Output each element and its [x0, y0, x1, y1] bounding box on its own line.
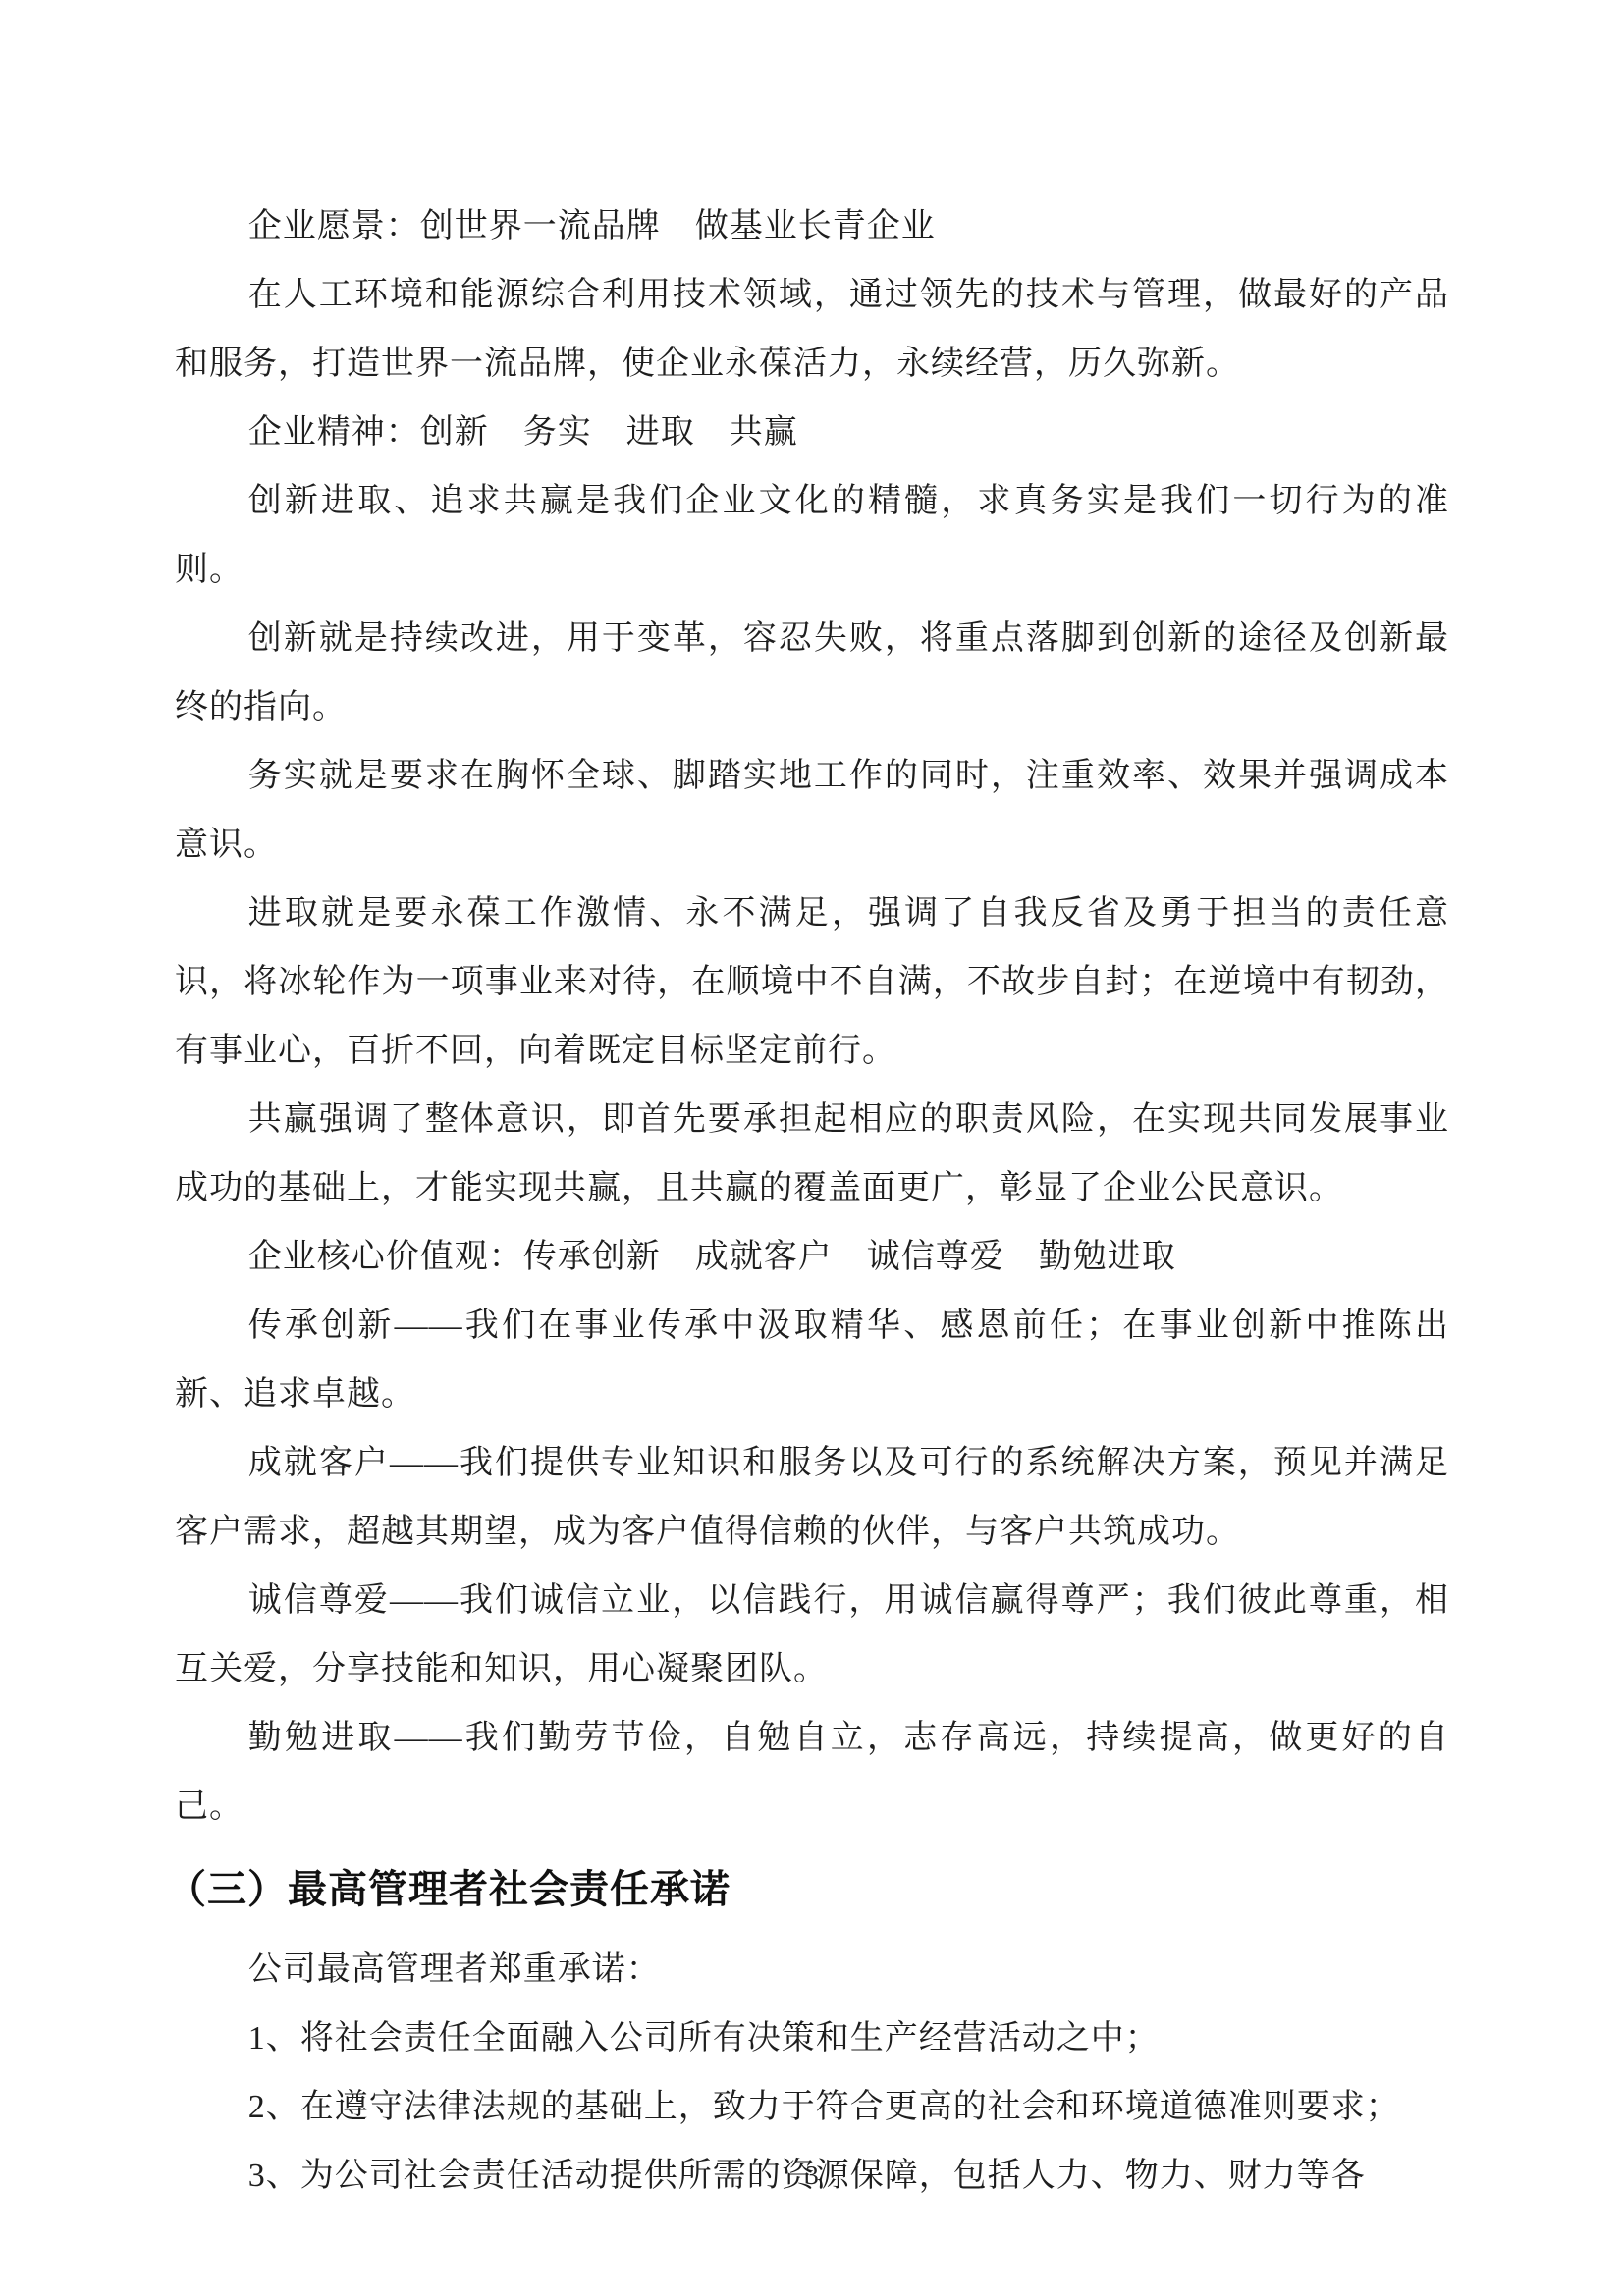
section-heading-commitment: （三）最高管理者社会责任承诺: [175, 1842, 1449, 1936]
paragraph-spirit-intro: 创新进取、追求共赢是我们企业文化的精髓，求真务实是我们一切行为的准则。: [175, 467, 1449, 605]
document-body: 企业愿景：创世界一流品牌 做基业长青企业在人工环境和能源综合利用技术领域，通过领…: [175, 192, 1449, 2211]
paragraph-vision: 企业愿景：创世界一流品牌 做基业长青企业: [175, 192, 1449, 261]
page-footer: 3: [0, 2156, 1624, 2195]
paragraph-core-values: 企业核心价值观：传承创新 成就客户 诚信尊爱 勤勉进取: [175, 1223, 1449, 1292]
paragraph-pragmatism: 务实就是要求在胸怀全球、脚踏实地工作的同时，注重效率、效果并强调成本意识。: [175, 742, 1449, 880]
paragraph-value-diligence: 勤勉进取——我们勤劳节俭，自勉自立，志存高远，持续提高，做更好的自己。: [175, 1704, 1449, 1842]
paragraph-commitment-item-2: 2、在遵守法律法规的基础上，致力于符合更高的社会和环境道德准则要求；: [175, 2073, 1449, 2142]
paragraph-vision-detail: 在人工环境和能源综合利用技术领域，通过领先的技术与管理，做最好的产品和服务，打造…: [175, 261, 1449, 399]
paragraph-commitment-item-1: 1、将社会责任全面融入公司所有决策和生产经营活动之中；: [175, 2004, 1449, 2073]
paragraph-value-customer: 成就客户——我们提供专业知识和服务以及可行的系统解决方案，预见并满足客户需求，超…: [175, 1429, 1449, 1567]
paragraph-win-win: 共赢强调了整体意识，即首先要承担起相应的职责风险，在实现共同发展事业成功的基础上…: [175, 1086, 1449, 1223]
paragraph-enterprising: 进取就是要永葆工作激情、永不满足，强调了自我反省及勇于担当的责任意识，将冰轮作为…: [175, 880, 1449, 1086]
paragraph-value-heritage: 传承创新——我们在事业传承中汲取精华、感恩前任；在事业创新中推陈出新、追求卓越。: [175, 1292, 1449, 1429]
paragraph-innovation: 创新就是持续改进，用于变革，容忍失败，将重点落脚到创新的途径及创新最终的指向。: [175, 605, 1449, 742]
paragraph-spirit: 企业精神：创新 务实 进取 共赢: [175, 399, 1449, 467]
page-number: 3: [805, 2161, 819, 2190]
paragraph-commitment-intro: 公司最高管理者郑重承诺：: [175, 1936, 1449, 2004]
document-page: 企业愿景：创世界一流品牌 做基业长青企业在人工环境和能源综合利用技术领域，通过领…: [0, 0, 1624, 2296]
paragraph-value-integrity: 诚信尊爱——我们诚信立业，以信践行，用诚信赢得尊严；我们彼此尊重，相互关爱，分享…: [175, 1567, 1449, 1704]
